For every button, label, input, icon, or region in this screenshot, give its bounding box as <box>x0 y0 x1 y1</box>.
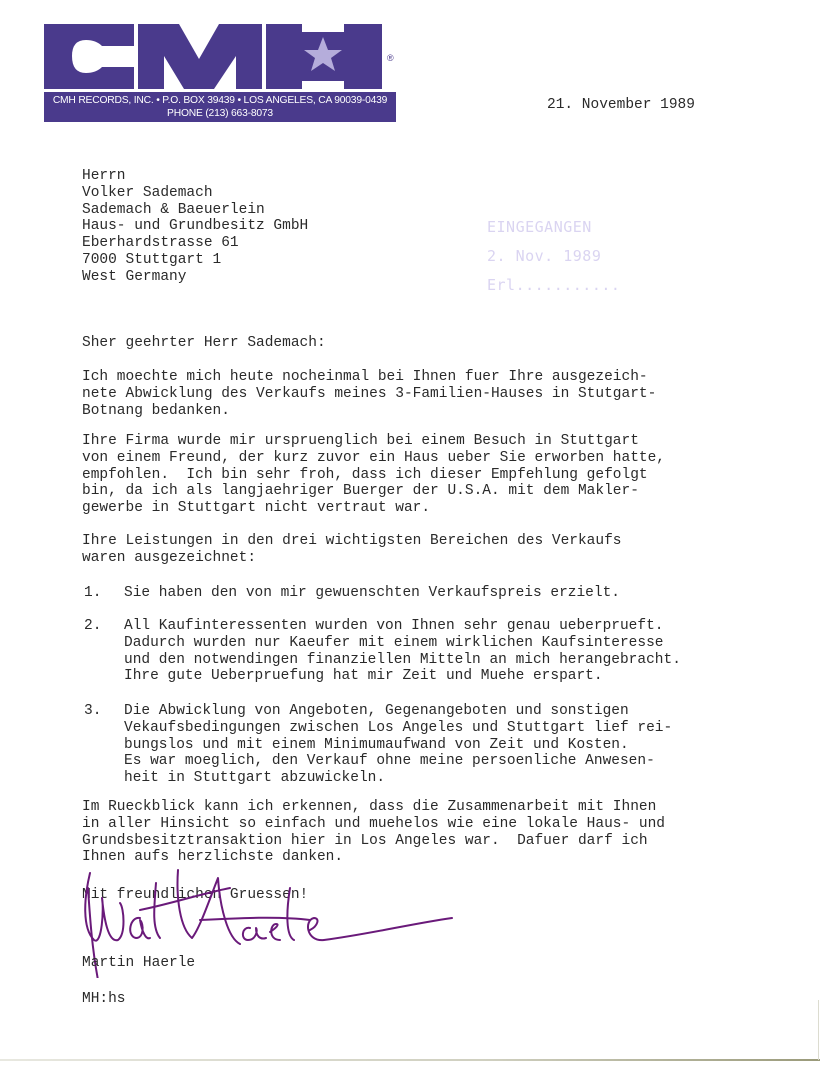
text-line: Volker Sademach <box>82 185 308 202</box>
text-line: in aller Hinsicht so einfach und muehelo… <box>82 816 665 833</box>
paragraph-referral: Ihre Firma wurde mir urspruenglich bei e… <box>82 433 665 517</box>
list-item: Die Abwicklung von Angeboten, Gegenangeb… <box>124 703 672 787</box>
cmh-logo-mark <box>44 24 384 89</box>
salutation: Sher geehrter Herr Sademach: <box>82 335 326 352</box>
text-line: Sademach & Baeuerlein <box>82 202 308 219</box>
text-line: Herrn <box>82 168 308 185</box>
paragraph-services-intro: Ihre Leistungen in den drei wichtigsten … <box>82 533 622 567</box>
text-line: von einem Freund, der kurz zuvor ein Hau… <box>82 450 665 467</box>
text-line: bungslos und mit einem Minimumaufwand vo… <box>124 737 672 754</box>
paragraph-closing: Im Rueckblick kann ich erkennen, dass di… <box>82 799 665 866</box>
paragraph-thanks: Ich moechte mich heute nocheinmal bei Ih… <box>82 369 656 419</box>
text-line: Es war moeglich, den Verkauf ohne meine … <box>124 753 672 770</box>
letter-date: 21. November 1989 <box>547 97 695 113</box>
text-line: Im Rueckblick kann ich erkennen, dass di… <box>82 799 665 816</box>
letterhead-address-band: CMH RECORDS, INC. • P.O. BOX 39439 • LOS… <box>44 92 396 122</box>
text-line: Sie haben den von mir gewuenschten Verka… <box>124 585 620 602</box>
cmh-logo <box>44 24 384 89</box>
text-line: All Kaufinteressenten wurden von Ihnen s… <box>124 618 681 635</box>
letterhead-address: CMH RECORDS, INC. • P.O. BOX 39439 • LOS… <box>44 94 396 107</box>
letterhead: ® CMH RECORDS, INC. • P.O. BOX 39439 • L… <box>44 24 396 122</box>
list-item-number: 3. <box>84 703 101 720</box>
text-line: empfohlen. Ich bin sehr froh, dass ich d… <box>82 467 665 484</box>
text-line: Dadurch wurden nur Kaeufer mit einem wir… <box>124 635 681 652</box>
text-line: 7000 Stuttgart 1 <box>82 252 308 269</box>
text-line: Botnang bedanken. <box>82 403 656 420</box>
text-line: heit in Stuttgart abzuwickeln. <box>124 770 672 787</box>
stamp-line: 2. Nov. 1989 <box>487 242 607 271</box>
text-line: bin, da ich als langjaehriger Buerger de… <box>82 483 665 500</box>
registered-mark: ® <box>387 53 394 63</box>
list-item-number: 1. <box>84 585 101 602</box>
stamp-line: Erl........... <box>487 271 607 300</box>
text-line: Die Abwicklung von Angeboten, Gegenangeb… <box>124 703 672 720</box>
list-item: All Kaufinteressenten wurden von Ihnen s… <box>124 618 681 685</box>
text-line: Ihre gute Ueberpruefung hat mir Zeit und… <box>124 668 681 685</box>
letterhead-phone: PHONE (213) 663-8073 <box>44 107 396 120</box>
text-line: Haus- und Grundbesitz GmbH <box>82 218 308 235</box>
text-line: Eberhardstrasse 61 <box>82 235 308 252</box>
text-line: waren ausgezeichnet: <box>82 550 622 567</box>
text-line: und den notwendingen finanziellen Mittel… <box>124 652 681 669</box>
recipient-address: HerrnVolker SademachSademach & Baeuerlei… <box>82 168 308 286</box>
stamp-line: EINGEGANGEN <box>487 213 607 242</box>
sender-name: Martin Haerle <box>82 955 195 972</box>
received-stamp: EINGEGANGEN2. Nov. 1989Erl........... <box>487 213 607 300</box>
reference-initials: MH:hs <box>82 991 126 1008</box>
page-edge-right <box>818 1000 819 1060</box>
text-line: gewerbe in Stuttgart nicht vertraut war. <box>82 500 665 517</box>
text-line: Ihre Firma wurde mir urspruenglich bei e… <box>82 433 665 450</box>
page-edge <box>0 1059 820 1061</box>
text-line: Vekaufsbedingungen zwischen Los Angeles … <box>124 720 672 737</box>
text-line: Ich moechte mich heute nocheinmal bei Ih… <box>82 369 656 386</box>
sign-off: Mit freundlichen Gruessen! <box>82 887 308 904</box>
text-line: Ihre Leistungen in den drei wichtigsten … <box>82 533 622 550</box>
text-line: Ihnen aufs herzlichste danken. <box>82 849 665 866</box>
text-line: West Germany <box>82 269 308 286</box>
text-line: nete Abwicklung des Verkaufs meines 3-Fa… <box>82 386 656 403</box>
text-line: Grundsbesitztransaktion hier in Los Ange… <box>82 833 665 850</box>
list-item-number: 2. <box>84 618 101 635</box>
list-item: Sie haben den von mir gewuenschten Verka… <box>124 585 620 602</box>
